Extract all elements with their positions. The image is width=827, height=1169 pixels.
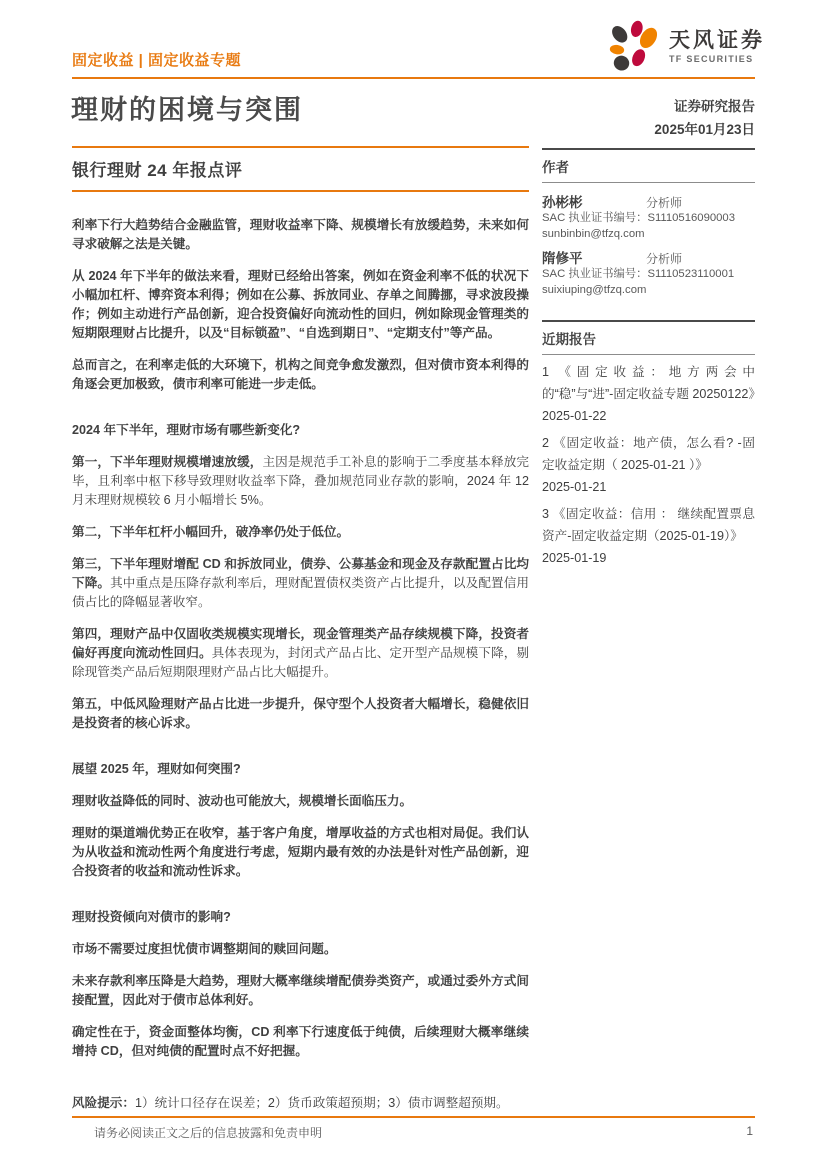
bond-impact-paragraph: 确定性在于，资金面整体均衡，CD 利率下行速度低于纯债，后续理财大概率继续增持 … [72,1023,529,1061]
author-email: sunbinbin@tfzq.com [542,227,755,243]
brand-logo: 天风证券 TF SECURITIES [608,18,765,74]
point-fourth-paragraph: 第四，理财产品中仅固收类规模实现增长，现金管理类产品存续规模下降，投资者偏好再度… [72,625,529,682]
report-list-item: 2 《固定收益：地产债，怎么看? -固定收益定期（ 2025-01-21 ）》 … [542,432,755,498]
tf-flower-icon [608,18,662,74]
main-column: 银行理财 24 年报点评 利率下行大趋势结合金融监管，理财收益率下降、规模增长有… [72,146,529,1126]
recent-reports-list: 1 《固定收益：地方两会中的“稳”与“进”-固定收益专题 20250122》 2… [542,355,755,569]
point-fifth-paragraph: 第五，中低风险理财产品占比进一步提升，保守型个人投资者大幅增长，稳健依旧是投资者… [72,695,529,733]
sidebar: 作者 孙彬彬 分析师 SAC 执业证书编号：S1110516090003 sun… [542,146,755,1126]
brand-name-en: TF SECURITIES [669,54,765,64]
body-paragraph: 总而言之，在利率走低的大环境下，机构之间竞争愈发激烈，但对债市资本利得的角逐会更… [72,356,529,394]
body-paragraph: 从 2024 年下半年的做法来看，理财已经给出答案，例如在资金利率不低的状况下小… [72,267,529,343]
outlook-paragraph: 理财的渠道端优势正在收窄，基于客户角度，增厚收益的方式也相对局促。我们认为从收益… [72,824,529,881]
author-role: 分析师 [646,194,682,211]
intro-paragraph: 利率下行大趋势结合金融监管，理财收益率下降、规模增长有放缓趋势，未来如何寻求破解… [72,216,529,254]
section-heading-outlook-2025: 展望 2025 年，理财如何突围? [72,760,529,779]
author-entry: 隋修平 分析师 SAC 执业证书编号：S1110523110001 suixiu… [542,247,755,298]
author-email: suixiuping@tfzq.com [542,283,755,299]
report-date: 2025年01月23日 [654,118,755,141]
point-first-paragraph: 第一，下半年理财规模增速放缓，主因是规范手工补息的影响于二季度基本释放完毕，且利… [72,453,529,510]
report-item-date: 2025-01-21 [542,476,755,498]
point-second-paragraph: 第二，下半年杠杆小幅回升，破净率仍处于低位。 [72,523,529,542]
bond-impact-paragraph: 未来存款利率压降是大趋势，理财大概率继续增配债券类资产，或通过委外方式间接配置，… [72,972,529,1010]
author-name: 隋修平 [542,247,646,267]
author-sac-number: SAC 执业证书编号：S1110523110001 [542,267,755,283]
report-item-date: 2025-01-22 [542,405,755,427]
report-type-label: 证券研究报告 [654,95,755,118]
report-meta: 证券研究报告 2025年01月23日 [654,95,755,141]
authors-section: 作者 孙彬彬 分析师 SAC 执业证书编号：S1110516090003 sun… [542,148,755,298]
report-category: 固定收益 | 固定收益专题 [72,49,241,70]
bond-impact-paragraph: 市场不需要过度担忧债市调整期间的赎回问题。 [72,940,529,959]
footer-divider [72,1116,755,1118]
report-item-date: 2025-01-19 [542,547,755,569]
recent-reports-heading: 近期报告 [542,320,755,355]
footer-disclaimer: 请务必阅读正文之后的信息披露和免责申明 [94,1124,322,1141]
report-item-title: 2 《固定收益：地产债，怎么看? -固定收益定期（ 2025-01-21 ）》 [542,436,755,472]
report-item-title: 1 《固定收益：地方两会中的“稳”与“进”-固定收益专题 20250122》 [542,365,761,401]
risk-note: 风险提示：1）统计口径存在误差；2）货币政策超预期；3）债市调整超预期。 [72,1094,529,1113]
content-columns: 银行理财 24 年报点评 利率下行大趋势结合金融监管，理财收益率下降、规模增长有… [72,146,755,1126]
report-list-item: 1 《固定收益：地方两会中的“稳”与“进”-固定收益专题 20250122》 2… [542,361,755,427]
brand-wordmark: 天风证券 TF SECURITIES [669,29,765,64]
authors-heading: 作者 [542,148,755,183]
report-page: 固定收益 | 固定收益专题 天风证券 TF SECURITIES 理财的困境与突… [0,0,827,1169]
author-entry: 孙彬彬 分析师 SAC 执业证书编号：S1110516090003 sunbin… [542,191,755,242]
section-heading-h2-changes: 2024 年下半年，理财市场有哪些新变化? [72,421,529,440]
section-heading-bond-impact: 理财投资倾向对债市的影响? [72,908,529,927]
author-name: 孙彬彬 [542,191,646,211]
report-list-item: 3 《固定收益：信用 ： 继续配置票息资产-固定收益定期（2025-01-19）… [542,503,755,569]
authors-list: 孙彬彬 分析师 SAC 执业证书编号：S1110516090003 sunbin… [542,183,755,298]
outlook-paragraph: 理财收益降低的同时、波动也可能放大，规模增长面临压力。 [72,792,529,811]
page-number: 1 [746,1124,753,1138]
page-title: 理财的困境与突围 [71,88,303,127]
recent-reports-section: 近期报告 1 《固定收益：地方两会中的“稳”与“进”-固定收益专题 202501… [542,320,755,569]
header-divider [72,77,755,79]
report-item-title: 3 《固定收益：信用 ： 继续配置票息资产-固定收益定期（2025-01-19）… [542,507,755,543]
subtitle-block: 银行理财 24 年报点评 [72,146,529,192]
report-subtitle: 银行理财 24 年报点评 [72,156,529,181]
brand-name-cn: 天风证券 [669,29,765,53]
author-sac-number: SAC 执业证书编号：S1110516090003 [542,211,755,227]
report-body: 利率下行大趋势结合金融监管，理财收益率下降、规模增长有放缓趋势，未来如何寻求破解… [72,216,529,1113]
author-role: 分析师 [646,250,682,267]
point-third-paragraph: 第三，下半年理财增配 CD 和拆放同业，债券、公募基金和现金及存款配置占比均下降… [72,555,529,612]
